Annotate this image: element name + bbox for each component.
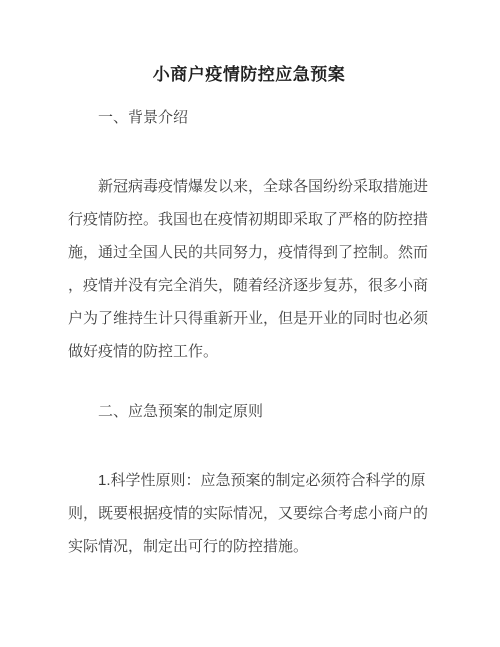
section-heading-background: 一、背景介绍 — [98, 108, 430, 128]
section-paragraph-background: 新冠病毒疫情爆发以来，全球各国纷纷采取措施进 行疫情防控。我国也在疫情初期即采取… — [68, 170, 430, 368]
section-heading-principles: 二、应急预案的制定原则 — [98, 402, 430, 422]
section-paragraph-principles: 1.科学性原则：应急预案的制定必须符合科学的原 则，既要根据疫情的实际情况，又要… — [68, 464, 430, 563]
document-body: 小商户疫情防控应急预案 一、背景介绍 新冠病毒疫情爆发以来，全球各国纷纷采取措施… — [0, 0, 500, 647]
document-page: 小商户疫情防控应急预案 一、背景介绍 新冠病毒疫情爆发以来，全球各国纷纷采取措施… — [0, 0, 500, 647]
document-title: 小商户疫情防控应急预案 — [68, 64, 430, 86]
